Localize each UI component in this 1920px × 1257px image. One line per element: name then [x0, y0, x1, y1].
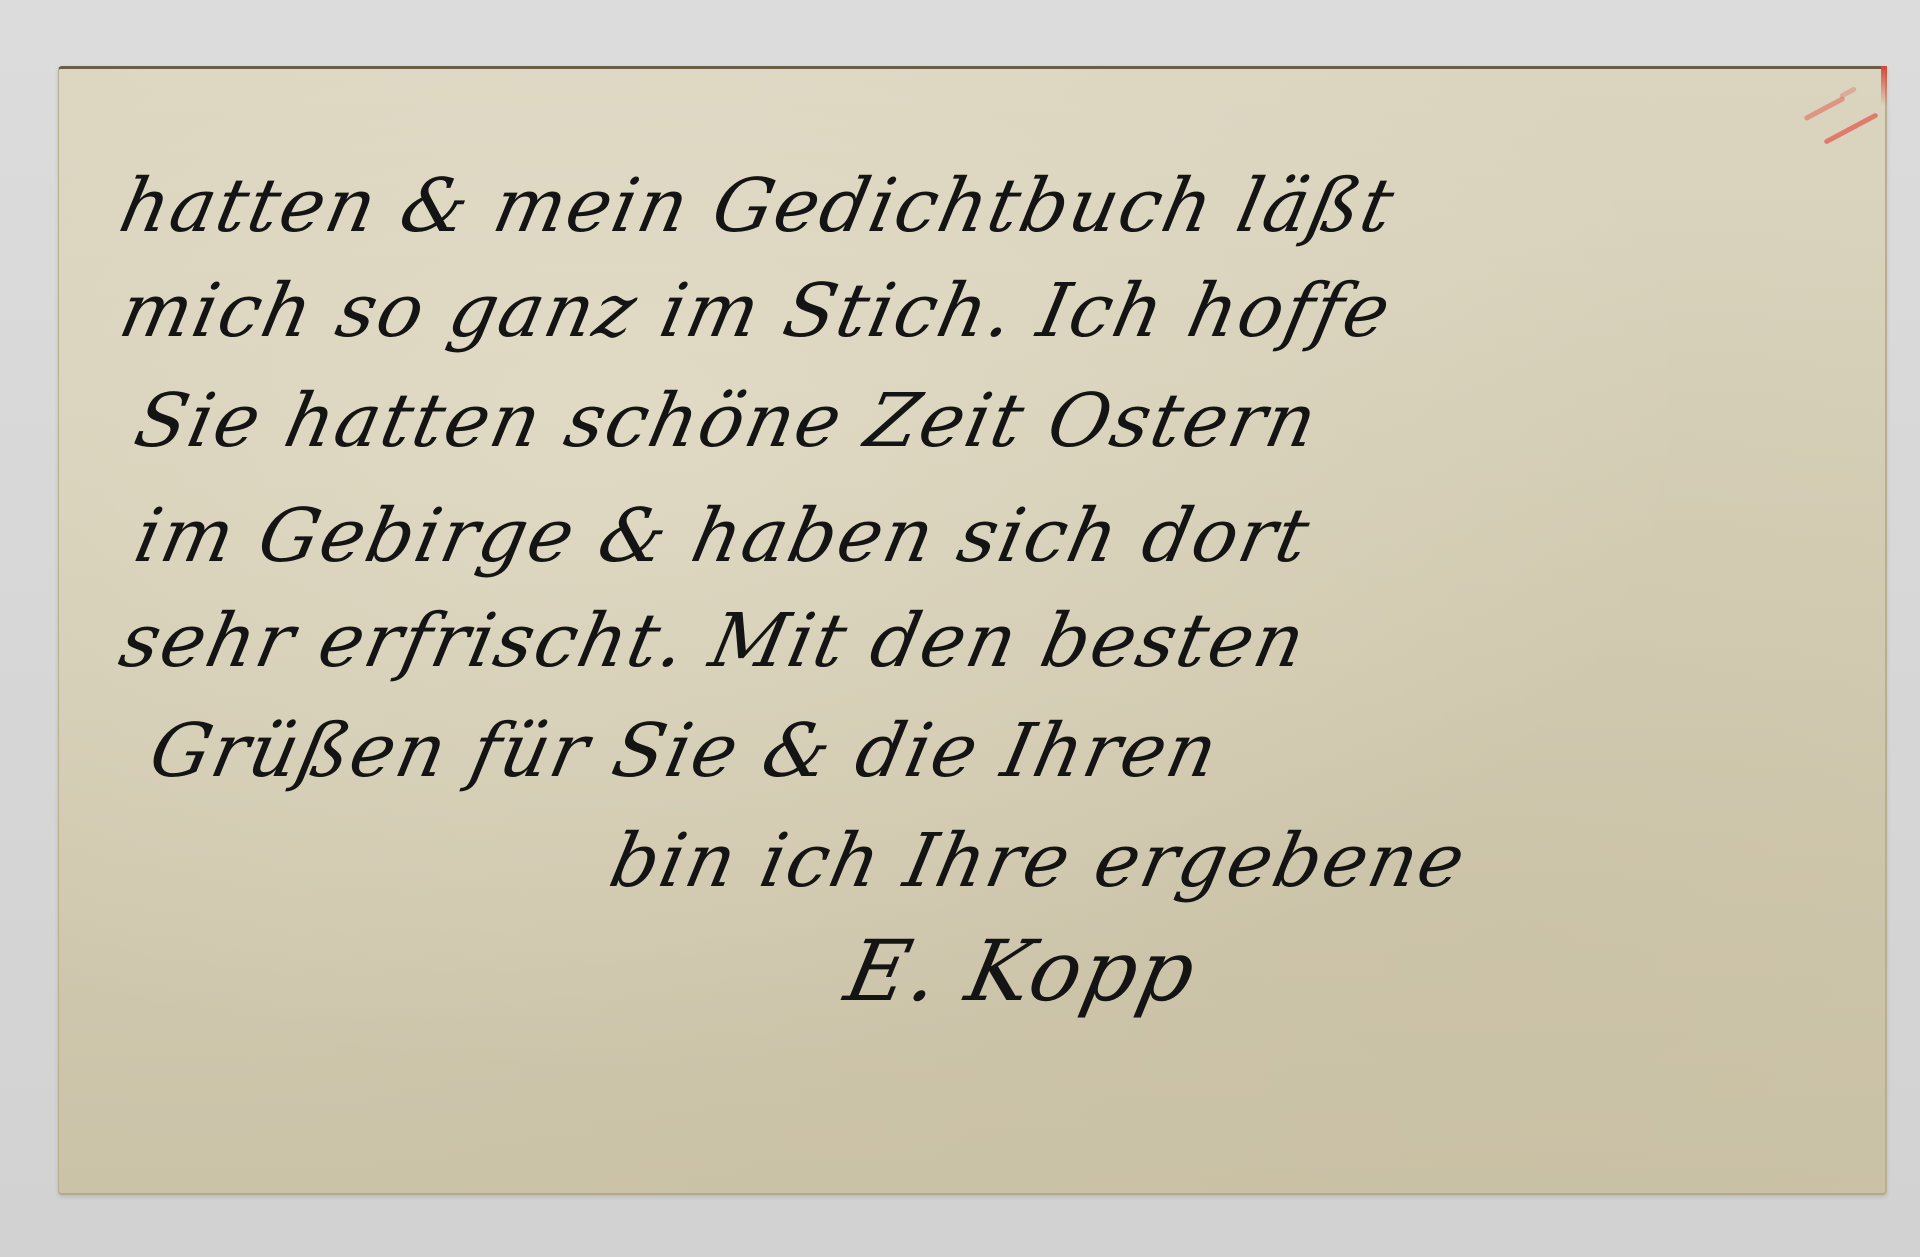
closing-line: bin ich Ihre ergebene — [604, 824, 1473, 898]
postcard: hatten & mein Gedichtbuch läßt mich so g… — [58, 66, 1887, 1195]
letter-line-4: im Gebirge & haben sich dort — [129, 499, 1317, 573]
signature: E. Kopp — [839, 929, 1204, 1013]
letter-line-1: hatten & mein Gedichtbuch läßt — [114, 169, 1402, 243]
handwritten-letter: hatten & mein Gedichtbuch läßt mich so g… — [59, 69, 1885, 1193]
letter-line-3: Sie hatten schöne Zeit Ostern — [129, 384, 1325, 458]
letter-line-5: sehr erfrischt. Mit den besten — [114, 604, 1313, 678]
letter-line-6: Grüßen für Sie & die Ihren — [144, 714, 1225, 788]
letter-line-2: mich so ganz im Stich. Ich hoffe — [114, 274, 1398, 348]
